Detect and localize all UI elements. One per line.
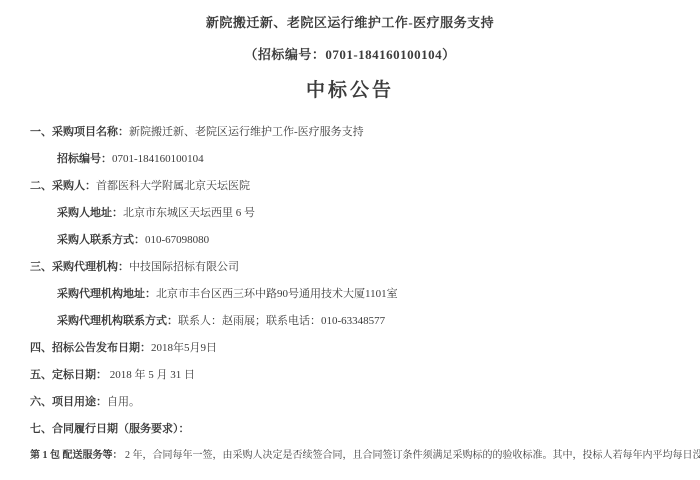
agency-contact-value: 联系人：赵雨展；联系电话：010-63348577 [178,315,385,327]
section-5-award-date-label: 五、定标日期： [30,369,107,381]
agency-address: 采购代理机构地址：北京市丰台区西三环中路90号通用技术大厦1101室 [0,287,700,301]
announcement-title: 中标公告 [0,80,700,102]
section-6-project-use-value: 自用。 [107,396,140,408]
agency-contact-label: 采购代理机构联系方式： [57,315,178,327]
section-2-purchaser-value: 首都医科大学附属北京天坛医院 [96,180,250,192]
agency-address-label: 采购代理机构地址： [57,288,156,300]
purchaser-address: 采购人地址：北京市东城区天坛西里 6 号 [0,206,700,220]
purchaser-contact: 采购人联系方式：010-67098080 [0,233,700,247]
section-3-agency-label: 三、采购代理机构： [30,261,129,273]
document-header: 新院搬迁新、老院区运行维护工作-医疗服务支持 （招标编号：0701-184160… [0,0,700,102]
announcement-body: 一、采购项目名称：新院搬迁新、老院区运行维护工作-医疗服务支持招标编号：0701… [0,125,700,463]
purchaser-contact-label: 采购人联系方式： [57,234,145,246]
purchaser-address-label: 采购人地址： [57,207,123,219]
agency-contact: 采购代理机构联系方式：联系人：赵雨展；联系电话：010-63348577 [0,314,700,328]
package-1-service-terms: 第 1 包 配送服务等： 2 年，合同每年一签，由采购人决定是否续签合同，且合同… [0,449,700,463]
tender-number-value: 0701-184160100104 [112,153,204,165]
project-title: 新院搬迁新、老院区运行维护工作-医疗服务支持 [0,0,700,30]
section-5-award-date-value: 2018 年 5 月 31 日 [107,369,195,381]
tender-number-line: （招标编号：0701-184160100104） [0,47,700,62]
section-2-purchaser-label: 二、采购人： [30,180,96,192]
document-page: 新院搬迁新、老院区运行维护工作-医疗服务支持 （招标编号：0701-184160… [0,0,700,480]
section-6-project-use-label: 六、项目用途： [30,396,107,408]
section-6-project-use: 六、项目用途：自用。 [0,395,700,409]
package-1-service-terms-value: 2 年，合同每年一签，由采购人决定是否续签合同，且合同签订条件须满足采购标的的验… [123,450,700,461]
package-1-service-terms-label: 第 1 包 配送服务等： [30,450,123,461]
section-1-project-name-value: 新院搬迁新、老院区运行维护工作-医疗服务支持 [129,126,364,138]
purchaser-address-value: 北京市东城区天坛西里 6 号 [123,207,255,219]
section-1-project-name-label: 一、采购项目名称： [30,126,129,138]
section-3-agency-value: 中技国际招标有限公司 [129,261,239,273]
section-4-announcement-date-label: 四、招标公告发布日期： [30,342,151,354]
section-4-announcement-date-value: 2018年5月9日 [151,342,217,354]
tender-number: 招标编号：0701-184160100104 [0,152,700,166]
section-7-contract-period-label: 七、合同履行日期（服务要求）： [30,423,190,435]
purchaser-contact-value: 010-67098080 [145,234,209,246]
section-1-project-name: 一、采购项目名称：新院搬迁新、老院区运行维护工作-医疗服务支持 [0,125,700,139]
section-2-purchaser: 二、采购人：首都医科大学附属北京天坛医院 [0,179,700,193]
section-5-award-date: 五、定标日期： 2018 年 5 月 31 日 [0,368,700,382]
agency-address-value: 北京市丰台区西三环中路90号通用技术大厦1101室 [156,288,398,300]
section-4-announcement-date: 四、招标公告发布日期：2018年5月9日 [0,341,700,355]
tender-number-label: 招标编号： [57,153,112,165]
section-7-contract-period: 七、合同履行日期（服务要求）： [0,422,700,436]
section-3-agency: 三、采购代理机构：中技国际招标有限公司 [0,260,700,274]
